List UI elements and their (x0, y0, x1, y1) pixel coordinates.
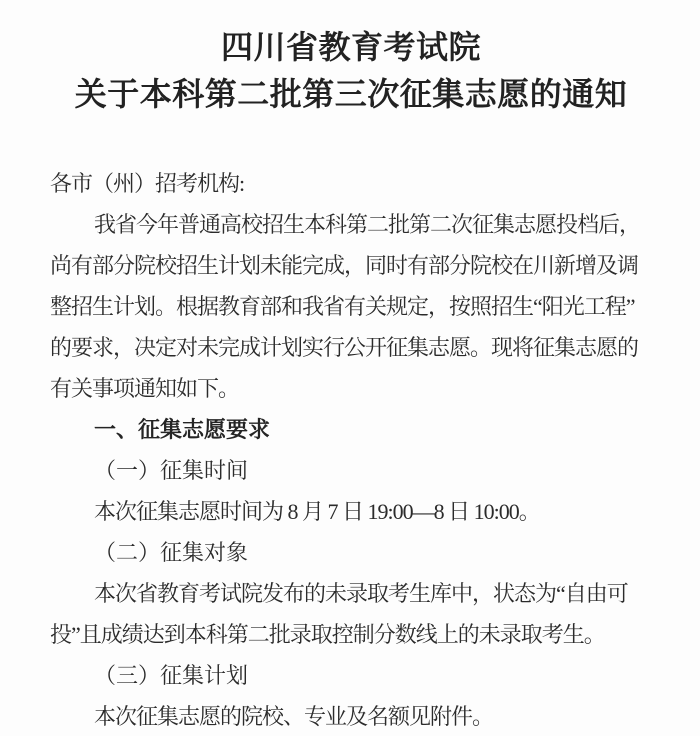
intro-paragraph-line: 尚有部分院校招生计划未能完成，同时有部分院校在川新增及调 (50, 245, 652, 286)
subsection-2-body-line: 本次省教育考试院发布的未录取考生库中，状态为“自由可 (50, 573, 652, 614)
document-body: 各市（州）招考机构: 我省今年普通高校招生本科第二批第二次征集志愿投档后， 尚有… (50, 163, 652, 736)
subsection-2-body-line: 投”且成绩达到本科第二批录取控制分数线上的未录取考生。 (50, 614, 652, 655)
intro-paragraph-line: 有关事项通知如下。 (50, 368, 652, 409)
subsection-1-heading: （一）征集时间 (50, 450, 652, 491)
subsection-3-heading: （三）征集计划 (50, 655, 652, 696)
intro-paragraph-line: 我省今年普通高校招生本科第二批第二次征集志愿投档后， (50, 204, 652, 245)
document-title: 四川省教育考试院 关于本科第二批第三次征集志愿的通知 (50, 24, 652, 118)
subsection-2-heading: （二）征集对象 (50, 532, 652, 573)
salutation: 各市（州）招考机构: (50, 163, 652, 204)
intro-paragraph-line: 的要求，决定对未完成计划实行公开征集志愿。现将征集志愿的 (50, 327, 652, 368)
subsection-1-body: 本次征集志愿时间为 8 月 7 日 19:00—8 日 10:00。 (50, 491, 652, 532)
title-line-subject: 关于本科第二批第三次征集志愿的通知 (50, 71, 652, 118)
subsection-3-body: 本次征集志愿的院校、专业及名额见附件。 (50, 696, 652, 736)
intro-paragraph-line: 整招生计划。根据教育部和我省有关规定，按照招生“阳光工程” (50, 286, 652, 327)
notice-document: 四川省教育考试院 关于本科第二批第三次征集志愿的通知 各市（州）招考机构: 我省… (0, 0, 700, 736)
title-line-issuer: 四川省教育考试院 (50, 24, 652, 71)
section-1-heading: 一、征集志愿要求 (50, 409, 652, 450)
